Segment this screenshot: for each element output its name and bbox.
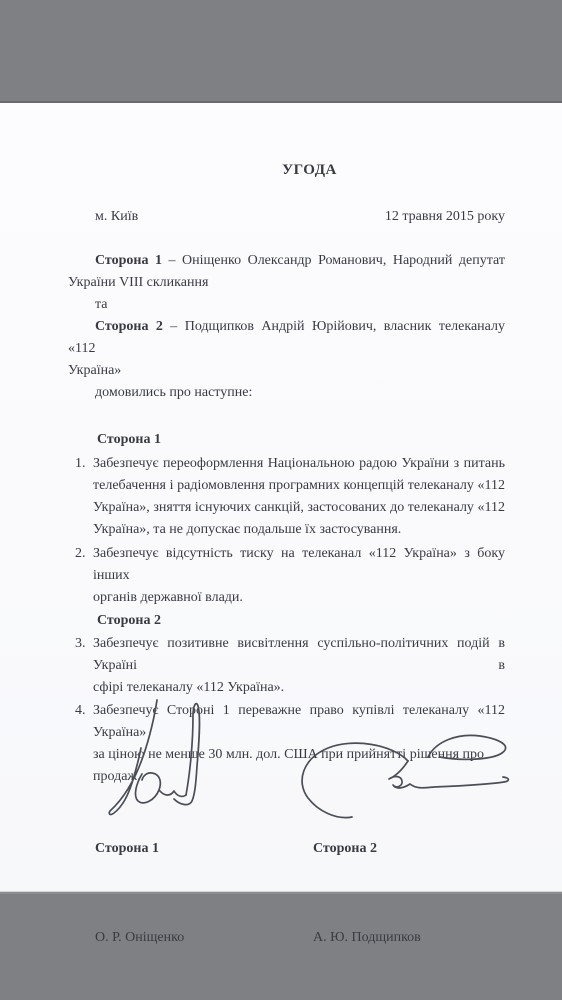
clause-1: 1. Забезпечує переоформлення Національно…	[68, 453, 505, 541]
party1-line1: Сторона 1 – Оніщенко Олександр Романович…	[68, 250, 505, 272]
clause-1-number: 1.	[75, 453, 86, 475]
party1-paragraph: Сторона 1 – Оніщенко Олександр Романович…	[68, 250, 505, 294]
document-content: УГОДА м. Київ 12 травня 2015 року Сторон…	[68, 103, 505, 949]
clause-3: 3. Забезпечує позитивне висвітлення сусп…	[68, 633, 505, 699]
party1-description: – Оніщенко Олександр Романович, Народний…	[162, 253, 505, 268]
document-date: 12 травня 2015 року	[385, 206, 505, 228]
clause-2: 2. Забезпечує відсутність тиску на телек…	[68, 543, 505, 609]
phone-screenshot: УГОДА м. Київ 12 травня 2015 року Сторон…	[0, 0, 562, 1000]
clause-1-line: Забезпечує переоформлення Національною р…	[93, 453, 505, 475]
signature-right-label: Сторона 2	[313, 838, 377, 860]
place-date-row: м. Київ 12 травня 2015 року	[68, 206, 505, 228]
clause-3-number: 3.	[75, 633, 86, 655]
signature-labels-row: Сторона 1 Сторона 2	[68, 838, 505, 860]
party2-paragraph: Сторона 2 – Подщипков Андрій Юрійович, в…	[68, 316, 505, 382]
clause-1-line: Україна», зняття існуючих санкцій, засто…	[93, 497, 505, 519]
clause-2-line: органів державної влади.	[93, 587, 505, 609]
clause-2-line: Забезпечує відсутність тиску на телекана…	[93, 543, 505, 587]
clause-3-line: сфірі телеканалу «112 Україна».	[93, 677, 505, 699]
clause-4: 4. Забезпечує Стороні 1 переважне право …	[68, 700, 505, 788]
section1-heading: Сторона 1	[97, 429, 505, 451]
document-title: УГОДА	[68, 159, 505, 181]
party1-line2: України VIII скликання	[68, 272, 505, 294]
clause-1-line: телебачення і радіомовлення програмних к…	[93, 475, 505, 497]
clause-4-line: за ціною не менше 30 млн. дол. США при п…	[93, 744, 505, 788]
party1-label: Сторона 1	[95, 253, 162, 268]
signature-right-name: А. Ю. Подщипков	[313, 927, 421, 949]
clause-4-line: Забезпечує Стороні 1 переважне право куп…	[93, 700, 505, 744]
section2-heading: Сторона 2	[97, 610, 505, 632]
clause-4-number: 4.	[75, 700, 86, 722]
signature-left-label: Сторона 1	[95, 838, 159, 860]
party2-line1: Сторона 2 – Подщипков Андрій Юрійович, в…	[68, 316, 505, 360]
clause-1-line: Україна», та не допускає подальше їх зас…	[93, 519, 505, 541]
and-word: та	[95, 294, 505, 316]
scanned-agreement-page: УГОДА м. Київ 12 травня 2015 року Сторон…	[0, 103, 562, 892]
clause-2-number: 2.	[75, 543, 86, 565]
signature-names-row: О. Р. Оніщенко А. Ю. Подщипков	[68, 927, 505, 949]
party2-label: Сторона 2	[95, 319, 163, 334]
signature-left-name: О. Р. Оніщенко	[95, 927, 184, 949]
document-place: м. Київ	[95, 206, 138, 228]
clause-3-line: Забезпечує позитивне висвітлення суспіль…	[93, 633, 505, 677]
agreed-line: домовились про наступне:	[95, 382, 505, 404]
party2-line2: Україна»	[68, 360, 505, 382]
top-letterbox-bar	[0, 0, 562, 103]
